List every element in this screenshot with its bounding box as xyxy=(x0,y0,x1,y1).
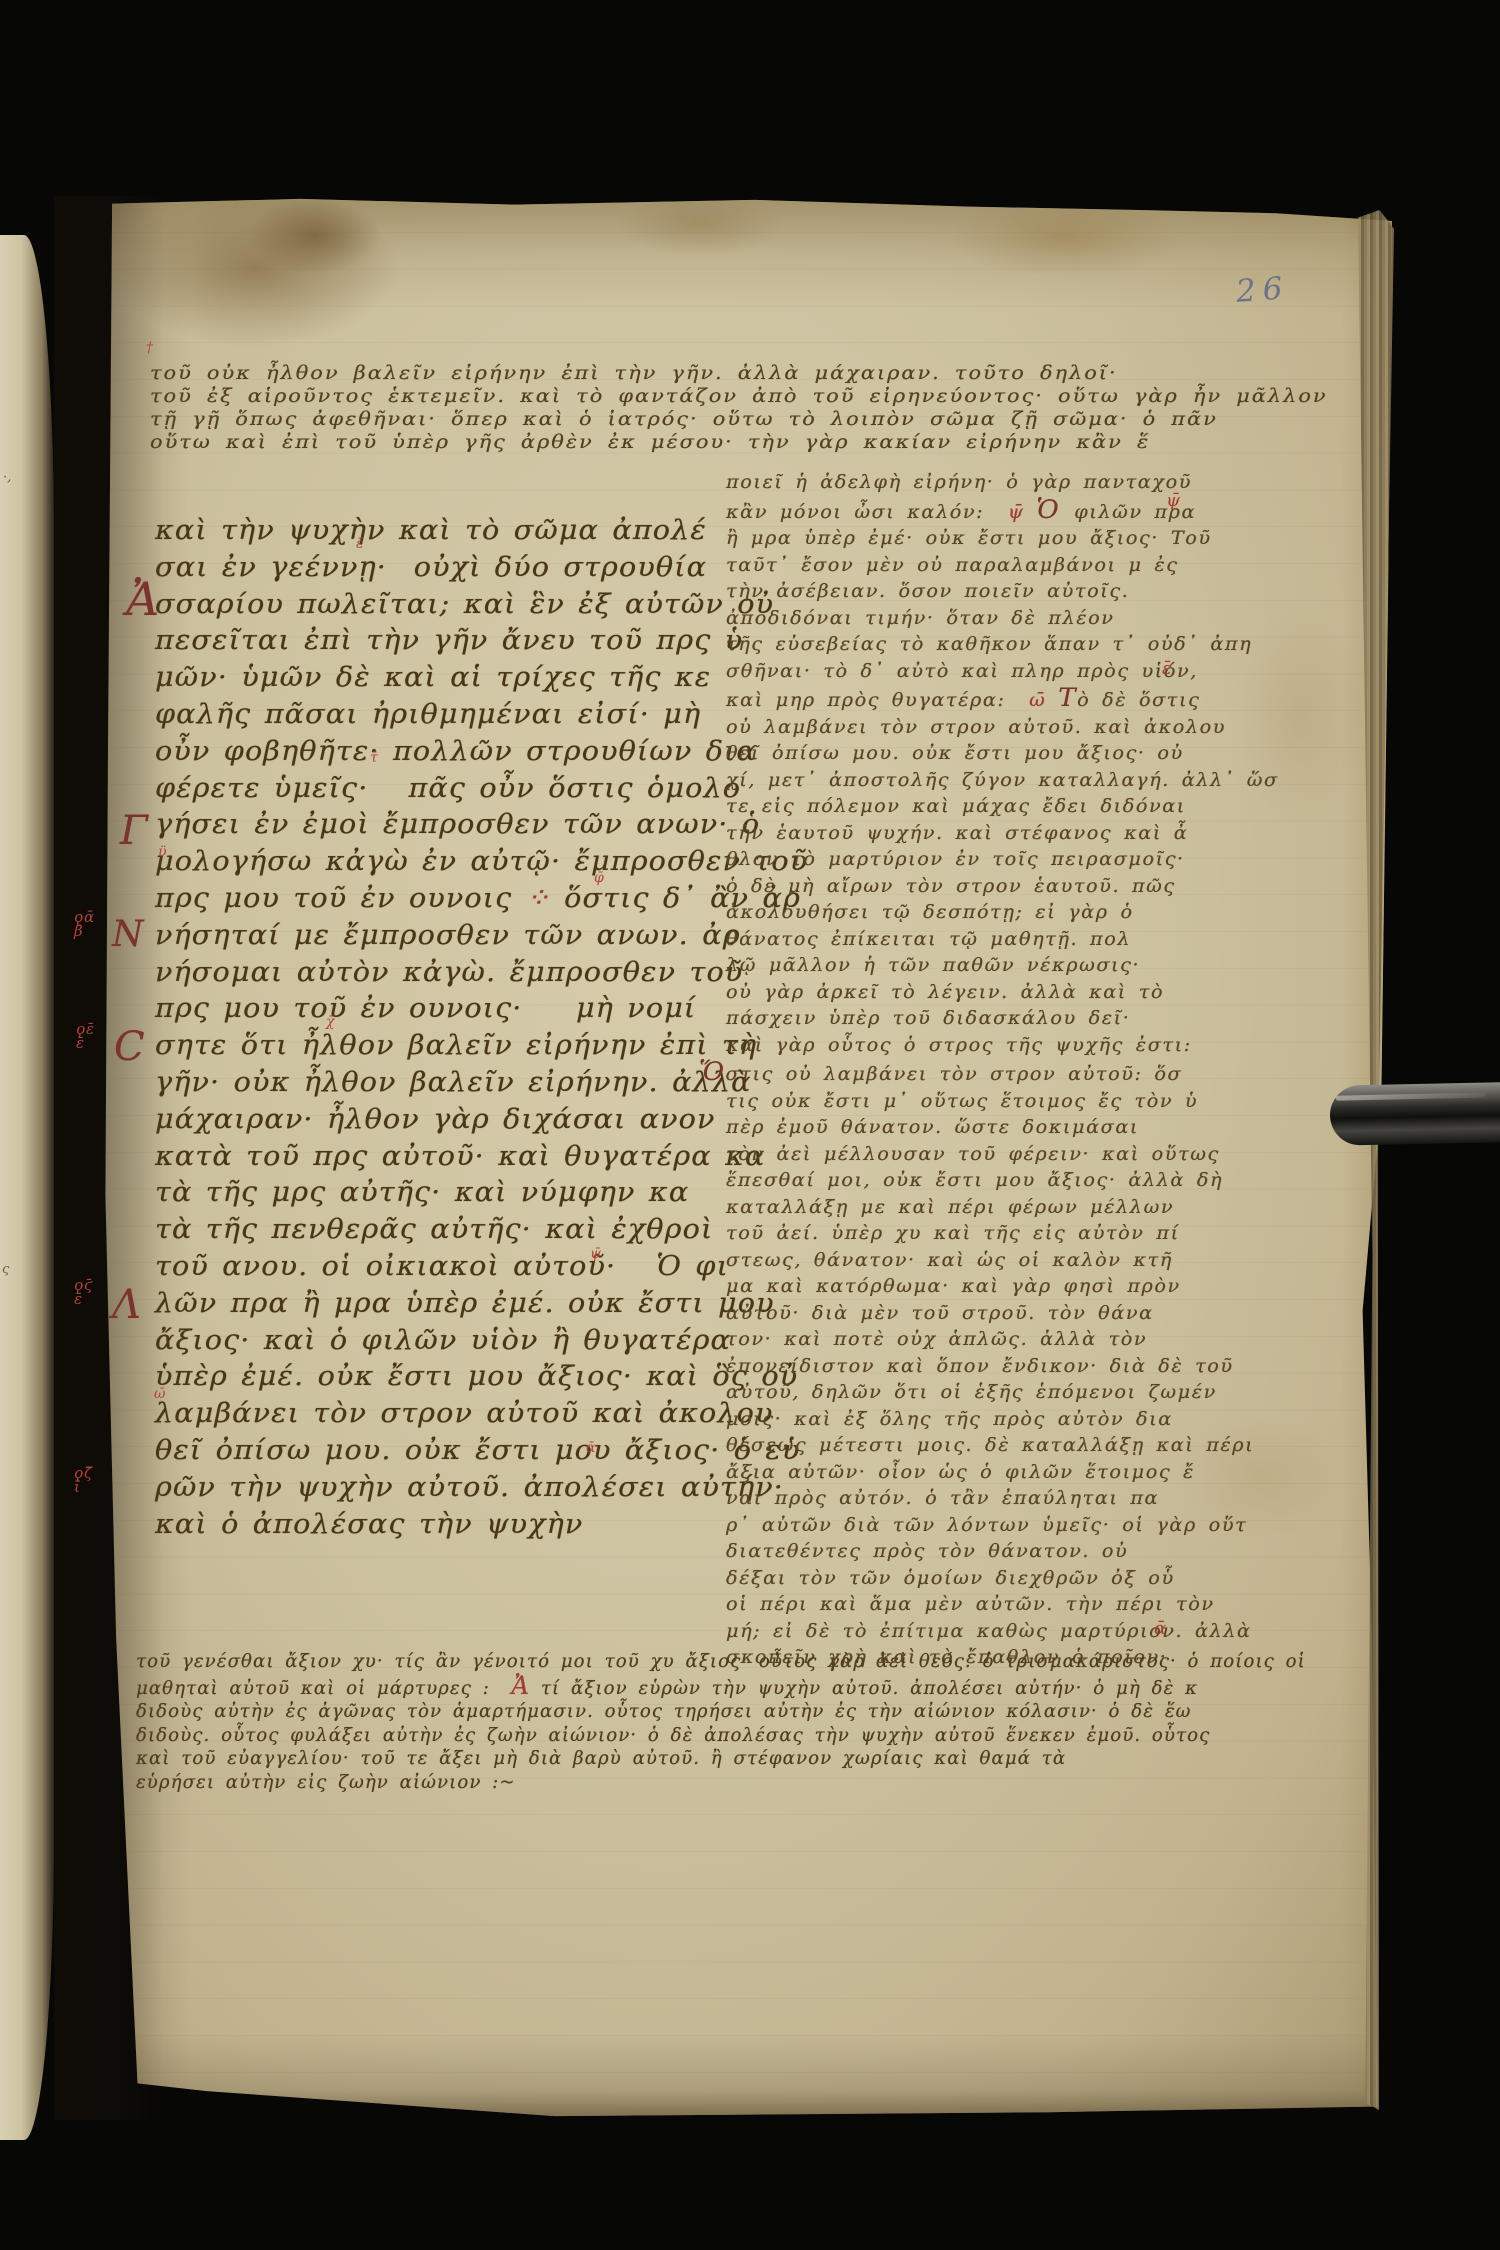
eusebian-section-number: ϙϛ̄ ε̄ xyxy=(74,1278,93,1306)
text-line: οὖν φοβηθῆτε· πολλῶν στρουθίων δια xyxy=(155,733,808,770)
text-line: Ὅστις οὐ λαμβάνει τὸν στρον αὐτοῦ: ὅσ xyxy=(726,1059,1279,1089)
text-line: πεσεῖται ἐπὶ τὴν γῆν ἄνευ τοῦ πρς ὑ xyxy=(155,622,808,659)
text-line: διατεθέντες πρὸς τὸν θάνατον. οὐ xyxy=(726,1539,1279,1566)
text-line: σαι ἐν γεέννῃ· οὐχὶ δύο στρουθία xyxy=(155,549,808,586)
text-line: πρς μου τοῦ ἐν ουνοις ⁘ ὅστις δ᾽ ἂν ἀρ xyxy=(155,880,808,917)
reference-sign: ε̄ xyxy=(356,536,364,552)
text-line: διδοὺς. οὗτος φυλάξει αὐτὴν ἐς ζωὴν αἰών… xyxy=(136,1724,1306,1748)
text-line: τὴν ἑαυτοῦ ψυχήν. καὶ στέφανος καὶ ἆ xyxy=(726,821,1279,848)
text-line: φαλῆς πᾶσαι ἠριθμημέναι εἰσί· μὴ xyxy=(155,696,808,733)
text-line: δέξαι τὸν τῶν ὁμοίων διεχθρῶν ὀξ οὗ xyxy=(726,1566,1279,1593)
facing-page-ink: ·, xyxy=(3,470,11,485)
facing-page-edge xyxy=(0,235,54,2140)
text-line: αὐτοῦ· διὰ μὲν τοῦ στροῦ. τὸν θάνα xyxy=(726,1301,1279,1328)
text-line: ἄξια αὐτῶν· οἷον ὡς ὁ φιλῶν ἕτοιμος ἔ xyxy=(726,1460,1279,1487)
text-line: τοῦ ανου. οἱ οἰκιακοὶ αὐτοῦ· Ὁ φι xyxy=(155,1248,808,1285)
text-line: ἕπεσθαί μοι, οὐκ ἔστι μου ἄξιος· ἀλλὰ δὴ xyxy=(726,1168,1279,1195)
text-line: καὶ μηρ πρὸς θυγατέρα: ω̄ Τὸ δὲ ὅστις xyxy=(726,685,1279,715)
reference-sign: φ̄ xyxy=(594,870,604,886)
text-line: εὑρήσει αὐτὴν εἰς ζωὴν αἰώνιον :~ xyxy=(136,1771,1306,1795)
text-line: οὕτω καὶ ἐπὶ τοῦ ὑπὲρ γῆς ἀρθὲν ἐκ μέσου… xyxy=(150,431,1328,454)
text-line: οὐ λαμβάνει τὸν στρον αὐτοῦ. καὶ ἀκολου xyxy=(726,715,1279,742)
initial-gamma: Γ xyxy=(120,808,148,854)
rod-glint xyxy=(1336,1093,1486,1101)
manuscript-photo: τοῦ οὐκ ἦλθον βαλεῖν εἰρήνην ἐπὶ τὴν γῆν… xyxy=(0,0,1500,2250)
text-line: νήσομαι αὐτὸν κἀγὼ. ἔμπροσθεν τοῦ xyxy=(155,954,808,991)
text-line: τῇ γῇ ὅπως ἀφεθῆναι· ὅπερ καὶ ὁ ἰατρός· … xyxy=(150,408,1328,431)
text-line: διδοὺς αὐτὴν ἐς ἀγῶνας τὸν ἁμαρτήμασιν. … xyxy=(136,1700,1306,1724)
initial-lambda: Λ xyxy=(112,1282,141,1328)
text-line: τοῦ ἀεί. ὑπὲρ χυ καὶ τῆς εἰς αὐτὸν πί xyxy=(726,1221,1279,1248)
text-line: τὰ τῆς μρς αὐτῆς· καὶ νύμφην κα xyxy=(155,1174,808,1211)
text-line: σθῆναι· τὸ δ᾽ αὐτὸ καὶ πληρ πρὸς υἱόν, xyxy=(726,659,1279,686)
text-line: λαμβάνει τὸν στρον αὐτοῦ καὶ ἀκολου xyxy=(155,1395,808,1432)
text-line: πρς μου τοῦ ἐν ουνοις· μὴ νομί xyxy=(155,990,808,1027)
text-line: καταλλάξῃ με καὶ πέρι φέρων μέλλων xyxy=(726,1195,1279,1222)
page-holder-rod xyxy=(1329,1082,1500,1146)
text-line: τὰ τῆς πενθερᾶς αὐτῆς· καὶ ἐχθροὶ xyxy=(155,1211,808,1248)
text-line: μάχαιραν· ἦλθον γὰρ διχάσαι ανον xyxy=(155,1101,808,1138)
text-line: ταῦτ᾽ ἔσον μὲν οὐ παραλαμβάνοι μ ἐς xyxy=(726,553,1279,580)
text-line: τοῦ ἐξ αἱροῦντος ἑκτεμεῖν. καὶ τὸ φαντάζ… xyxy=(150,385,1328,408)
text-line: μή; εἰ δὲ τὸ ἐπίτιμα καθὼς μαρτύριον. ἀλ… xyxy=(726,1619,1279,1646)
initial-sigma: C xyxy=(114,1024,145,1070)
text-line: χί, μετ᾽ ἀποστολῆς ζύγον καταλλαγή. ἀλλ᾽… xyxy=(726,768,1279,795)
text-line: φέρετε ὑμεῖς· πᾶς οὖν ὅστις ὁμολο xyxy=(155,770,808,807)
reference-sign: ϋ xyxy=(158,844,167,860)
text-line: ἐπονείδιστον καὶ ὅπον ἔνδικον· διὰ δὲ το… xyxy=(726,1354,1279,1381)
text-line: θλον τὸ μαρτύριον ἐν τοῖς πειρασμοῖς· xyxy=(726,847,1279,874)
reference-sign: ψ̄ xyxy=(590,1246,601,1262)
gospel-text-column: καὶ τὴν ψυχὴν καὶ τὸ σῶμα ἀπολέσαι ἐν γε… xyxy=(155,512,783,1542)
text-line: θεῖ ὀπίσω μου. οὐκ ἔστι μου ἄξιος· οὐ xyxy=(726,741,1279,768)
text-line: οἱ πέρι καὶ ἅμα μὲν αὐτῶν. τὴν πέρι τὸν xyxy=(726,1592,1279,1619)
folio-number: 26 xyxy=(1235,270,1291,310)
text-line: ἀποδιδόναι τιμήν· ὅταν δὲ πλέον xyxy=(726,606,1279,633)
text-line: τὴν ἀσέβειαν. ὅσον ποιεῖν αὐτοῖς. xyxy=(726,579,1279,606)
rubric-cross-mark: † xyxy=(146,340,153,356)
text-line: θέσεως μέτεστι μοις. δὲ καταλλάξῃ καὶ πέ… xyxy=(726,1433,1279,1460)
text-line: καὶ τοῦ εὐαγγελίου· τοῦ τε ἄξει μὴ διὰ β… xyxy=(136,1747,1306,1771)
commentary-top-block: τοῦ οὐκ ἦλθον βαλεῖν εἰρήνην ἐπὶ τὴν γῆν… xyxy=(150,362,1221,454)
text-line: οὐ γὰρ ἀρκεῖ τὸ λέγειν. ἀλλὰ καὶ τὸ xyxy=(726,980,1279,1007)
text-line: τοῦ οὐκ ἦλθον βαλεῖν εἰρήνην ἐπὶ τὴν γῆν… xyxy=(150,362,1328,385)
text-line: μολογήσω κἀγὼ ἐν αὐτῷ· ἔμπροσθεν τοῦ xyxy=(155,843,808,880)
text-line: τοῦ γενέσθαι ἄξιον χυ· τίς ἂν γένοιτό μο… xyxy=(136,1650,1306,1674)
gutter-shadow xyxy=(54,196,164,2120)
text-line: μοις· καὶ ἐξ ὅλης τῆς πρὸς αὐτὸν δια xyxy=(726,1407,1279,1434)
text-line: καὶ ὁ ἀπολέσας τὴν ψυχὴν xyxy=(155,1506,808,1543)
eusebian-section-number: ϙε̄ ε̄ xyxy=(76,1022,95,1050)
text-line: καὶ τὴν ψυχὴν καὶ τὸ σῶμα ἀπολέ xyxy=(155,512,808,549)
text-line: στεως, θάνατον· καὶ ὡς οἱ καλὸν κτῆ xyxy=(726,1248,1279,1275)
eusebian-section-number: ϙᾱ β̄ xyxy=(74,910,95,938)
reference-sign: ω̄ xyxy=(154,1386,165,1402)
text-line: μαθηταὶ αὐτοῦ καὶ οἱ μάρτυρες : Ἀ τί ἄξι… xyxy=(136,1674,1306,1701)
text-line: λῶν πρα ἢ μρα ὑπὲρ ἐμέ. οὐκ ἔστι μου xyxy=(155,1285,808,1322)
text-line: μῶν· ὑμῶν δὲ καὶ αἱ τρίχες τῆς κε xyxy=(155,659,808,696)
text-line: τον· καὶ ποτὲ οὐχ ἁπλῶς. ἀλλὰ τὸν xyxy=(726,1327,1279,1354)
margin-reference-epsilon: ε̄ xyxy=(1162,658,1172,679)
text-line: τις οὐκ ἔστι μ᾽ οὕτως ἕτοιμος ἔς τὸν ὑ xyxy=(726,1089,1279,1116)
text-line: τὸν ἀεὶ μέλλουσαν τοῦ φέρειν· καὶ οὕτως xyxy=(726,1142,1279,1169)
text-line: θάνατος ἐπίκειται τῷ μαθητῇ. πολ xyxy=(726,927,1279,954)
text-line: νήσηταί με ἔμπροσθεν τῶν ανων. ἀρ xyxy=(155,917,808,954)
text-line: τῆς εὐσεβείας τὸ καθῆκον ἅπαν τ᾽ οὐδ᾽ ἀπ… xyxy=(726,632,1279,659)
text-line: πάσχειν ὑπὲρ τοῦ διδασκάλου δεῖ· xyxy=(726,1006,1279,1033)
text-line: τε εἰς πόλεμον καὶ μάχας ἔδει διδόναι xyxy=(726,794,1279,821)
text-line: καὶ γὰρ οὗτος ὁ στρος τῆς ψυχῆς ἐστι: xyxy=(726,1033,1279,1060)
text-line: ἢ μρα ὑπὲρ ἐμέ· οὐκ ἔστι μου ἄξιος· Τοῦ xyxy=(726,526,1279,553)
eusebian-section-number: ϙζ̄ ῑ xyxy=(74,1466,93,1494)
text-line: κατὰ τοῦ πρς αὐτοῦ· καὶ θυγατέρα κα xyxy=(155,1138,808,1175)
text-line: μα καὶ κατόρθωμα· καὶ γὰρ φησὶ πρὸν xyxy=(726,1274,1279,1301)
text-line: ποιεῖ ἡ ἀδελφὴ εἰρήνη· ὁ γὰρ πανταχοῦ xyxy=(726,470,1279,497)
reference-sign: τ̄ xyxy=(370,750,378,766)
text-line: ὑπὲρ ἐμέ. οὐκ ἔστι μου ἄξιος· καὶ ὃς οὐ xyxy=(155,1358,808,1395)
text-line: ναι πρὸς αὐτόν. ὁ τἂν ἐπαύληται πα xyxy=(726,1486,1279,1513)
text-line: ρ᾽ αὐτῶν διὰ τῶν λόντων ὑμεῖς· οἱ γὰρ οὕ… xyxy=(726,1513,1279,1540)
text-line: λῷ μᾶλλον ἡ τῶν παθῶν νέκρωσις· xyxy=(726,953,1279,980)
text-line: ρῶν τὴν ψυχὴν αὐτοῦ. ἀπολέσει αὐτήν· xyxy=(155,1469,808,1506)
facing-page-ink: ς xyxy=(2,1262,9,1277)
reference-sign: χ̄ xyxy=(326,1014,334,1030)
text-line: ὁ δὲ μὴ αἴρων τὸν στρον ἑαυτοῦ. πῶς xyxy=(726,874,1279,901)
initial-alpha: Ἀ xyxy=(126,572,159,626)
text-line: ἄξιος· καὶ ὁ φιλῶν υἱὸν ἢ θυγατέρα xyxy=(155,1322,808,1359)
reference-sign: ᾱ xyxy=(586,1440,595,1456)
text-line: κἂν μόνοι ὦσι καλόν: ψ̄ Ὁ φιλῶν πρα xyxy=(726,497,1279,527)
text-line: σσαρίου πωλεῖται; καὶ ἓν ἐξ αὐτῶν οὐ xyxy=(155,586,808,623)
text-line: αὐτοῦ, δηλῶν ὅτι οἱ ἑξῆς ἑπόμενοι ζωμέν xyxy=(726,1380,1279,1407)
catena-commentary-column: ποιεῖ ἡ ἀδελφὴ εἰρήνη· ὁ γὰρ πανταχοῦκἂν… xyxy=(726,470,1257,1672)
text-line: πὲρ ἐμοῦ θάνατον. ὥστε δοκιμάσαι xyxy=(726,1115,1279,1142)
commentary-bottom-block: τοῦ γενέσθαι ἄξιον χυ· τίς ἂν γένοιτό μο… xyxy=(136,1650,1330,1795)
text-line: γήσει ἐν ἐμοὶ ἔμπροσθεν τῶν ανων· ὁ xyxy=(155,806,808,843)
text-line: ἀκολουθήσει τῷ δεσπότῃ; εἰ γὰρ ὁ xyxy=(726,900,1279,927)
initial-nu: Ν xyxy=(112,914,144,955)
margin-reference-alpha: ᾱ xyxy=(1154,1618,1166,1639)
text-line: θεῖ ὀπίσω μου. οὐκ ἔστι μου ἄξιος· ὁ εὑ xyxy=(155,1432,808,1469)
margin-reference-psi: ψ̄ xyxy=(1166,490,1180,511)
